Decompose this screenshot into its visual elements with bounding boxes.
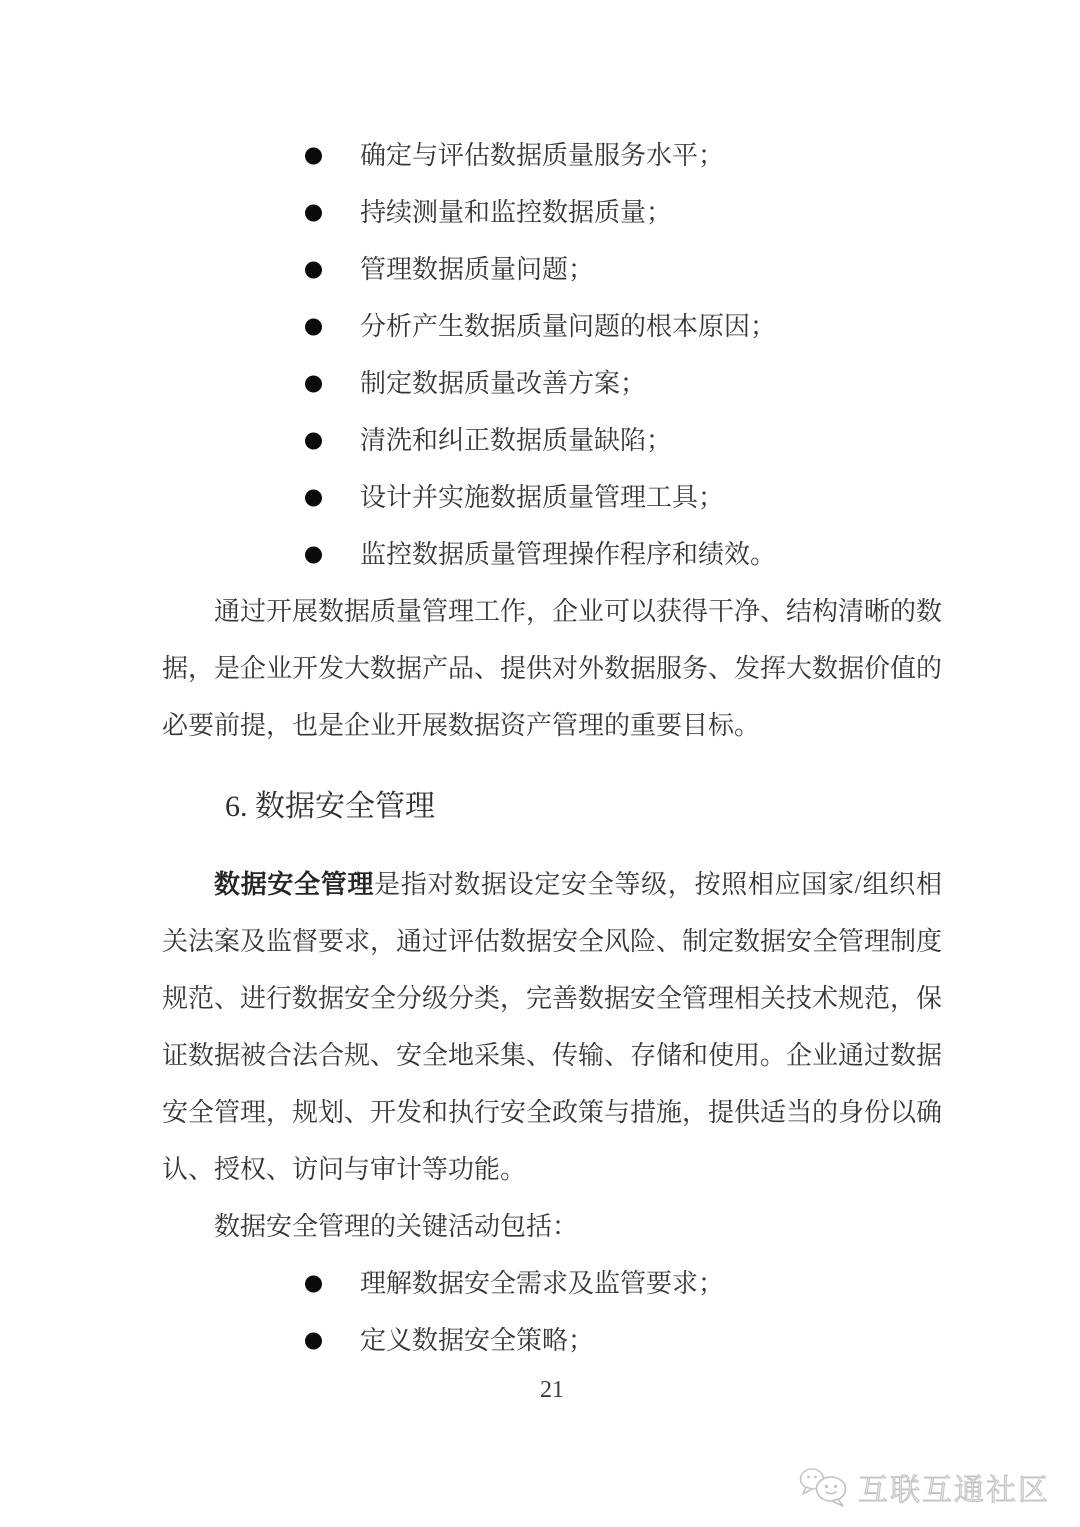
chat-bubbles-icon [798,1465,852,1509]
bullet-icon [305,546,322,563]
list-item: 确定与评估数据质量服务水平； [162,127,942,184]
bullet-icon [305,261,322,278]
page-content: 确定与评估数据质量服务水平； 持续测量和监控数据质量； 管理数据质量问题； 分析… [162,127,942,1411]
bullet-icon [305,318,322,335]
security-definition-text: 是指对数据设定安全等级，按照相应国家/组织相关法案及监督要求，通过评估数据安全风… [162,870,942,1184]
security-activities-intro: 数据安全管理的关键活动包括： [162,1198,942,1255]
list-item: 设计并实施数据质量管理工具； [162,469,942,526]
list-item: 制定数据质量改善方案； [162,355,942,412]
quality-summary-paragraph: 通过开展数据质量管理工作，企业可以获得干净、结构清晰的数据，是企业开发大数据产品… [162,583,942,754]
list-item: 定义数据安全策略； [162,1312,942,1369]
list-item-text: 分析产生数据质量问题的根本原因； [360,312,776,341]
watermark-text: 互联互通社区 [858,1465,1050,1509]
bullet-icon [305,375,322,392]
list-item-text: 管理数据质量问题； [360,255,594,284]
page-number: 21 [162,1369,942,1411]
list-item: 持续测量和监控数据质量； [162,184,942,241]
list-item: 清洗和纠正数据质量缺陷； [162,412,942,469]
list-item-text: 清洗和纠正数据质量缺陷； [360,426,672,455]
bullet-icon [305,1332,322,1349]
list-item: 分析产生数据质量问题的根本原因； [162,298,942,355]
security-term-bold: 数据安全管理 [214,870,374,899]
quality-activities-list: 确定与评估数据质量服务水平； 持续测量和监控数据质量； 管理数据质量问题； 分析… [162,127,942,583]
list-item-text: 理解数据安全需求及监管要求； [360,1269,724,1298]
list-item: 监控数据质量管理操作程序和绩效。 [162,526,942,583]
document-page: 确定与评估数据质量服务水平； 持续测量和监控数据质量； 管理数据质量问题； 分析… [0,0,1080,1527]
list-item-text: 持续测量和监控数据质量； [360,198,672,227]
list-item: 管理数据质量问题； [162,241,942,298]
watermark: 互联互通社区 [798,1465,1050,1509]
list-item-text: 设计并实施数据质量管理工具； [360,483,724,512]
list-item-text: 确定与评估数据质量服务水平； [360,141,724,170]
section-heading: 6. 数据安全管理 [225,782,942,832]
bullet-icon [305,204,322,221]
bullet-icon [305,432,322,449]
list-item: 理解数据安全需求及监管要求； [162,1255,942,1312]
bullet-icon [305,147,322,164]
bullet-icon [305,1275,322,1292]
list-item-text: 监控数据质量管理操作程序和绩效。 [360,540,776,569]
bullet-icon [305,489,322,506]
security-activities-list: 理解数据安全需求及监管要求； 定义数据安全策略； [162,1255,942,1369]
security-definition-paragraph: 数据安全管理是指对数据设定安全等级，按照相应国家/组织相关法案及监督要求，通过评… [162,856,942,1198]
list-item-text: 定义数据安全策略； [360,1326,594,1355]
list-item-text: 制定数据质量改善方案； [360,369,646,398]
